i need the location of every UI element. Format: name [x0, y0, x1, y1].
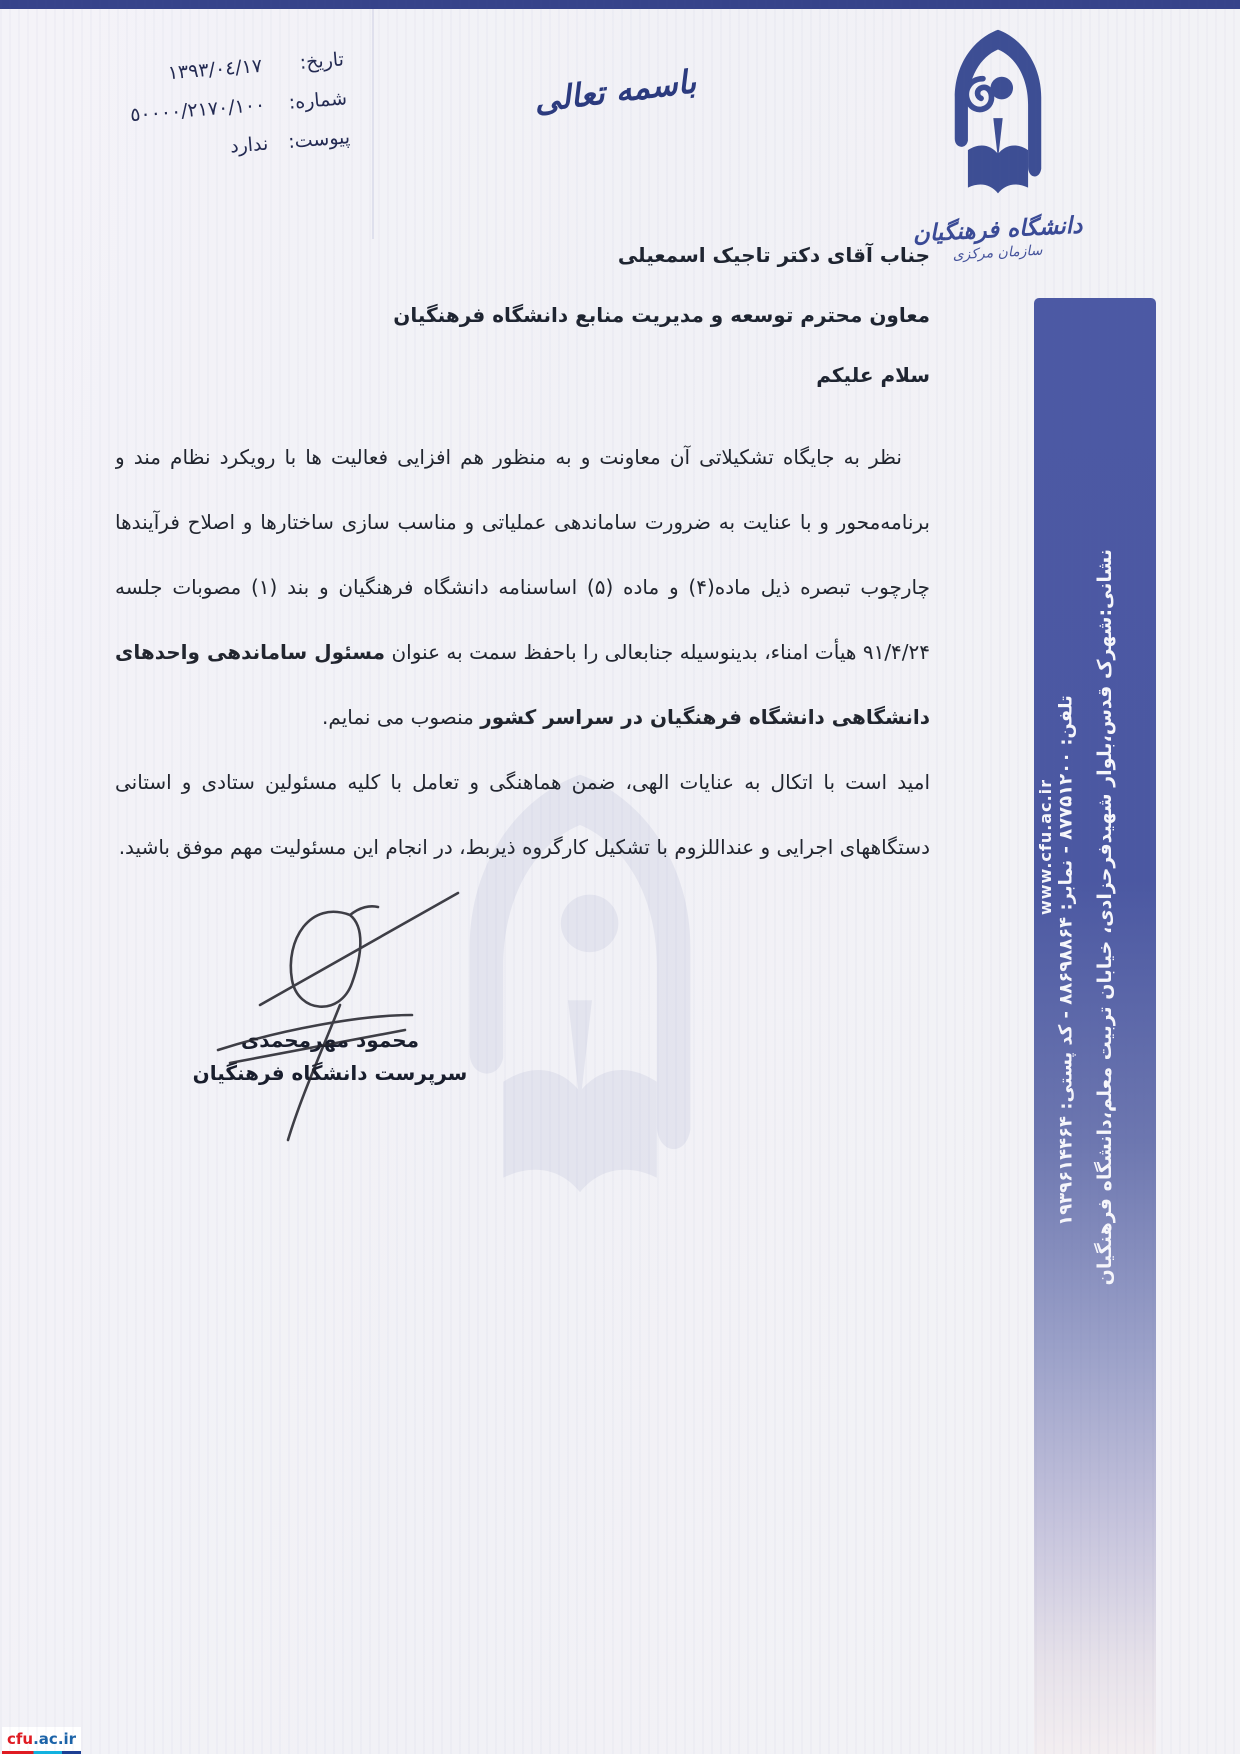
body-line: امید است با اتکال به عنایات الهی، ضمن هم…: [115, 750, 930, 815]
body-line: ۹۱/۴/۲۴ هیأت امناء، بدینوسیله جنابعالی ر…: [115, 620, 930, 685]
letter-meta-block: تاریخ: ١٣٩٣/٠٤/١٧ شماره: ٥٠٠٠٠/٢١٧٠/١٠٠ …: [44, 48, 352, 188]
body-line: دانشگاهی دانشگاه فرهنگیان در سراسر کشور …: [115, 685, 930, 750]
attachment-value: ندارد: [82, 133, 269, 170]
bismillah-calligraphy: باسمه تعالی: [504, 59, 727, 124]
side-band-website: www.cfu.ac.ir: [1036, 780, 1055, 915]
university-logo: دانشگاه فرهنگیان سازمان مرکزی: [895, 26, 1100, 261]
letter-body: نظر به جایگاه تشکیلاتی آن معاونت و به من…: [115, 425, 930, 880]
body-line: چارچوب تبصره ذیل ماده(۴) و ماده (۵) اساس…: [115, 555, 930, 620]
body-segment-bold: دانشگاهی دانشگاه فرهنگیان در سراسر کشور: [480, 705, 930, 729]
attachment-label: پیوست:: [267, 126, 350, 154]
body-segment-bold: مسئول ساماندهی واحدهای: [115, 640, 385, 664]
salutation: سلام علیکم: [115, 363, 930, 387]
addressee-title: معاون محترم توسعه و مدیریت منابع دانشگاه…: [115, 303, 930, 327]
scan-edge-strip: [0, 0, 1240, 9]
corner-logo-text: .ac.ir: [33, 1730, 76, 1748]
body-segment: منصوب می نمایم.: [322, 705, 480, 729]
paper-crease: [372, 9, 374, 239]
date-label: تاریخ:: [261, 48, 344, 76]
handwritten-signature-icon: [200, 845, 480, 1149]
number-value: ٥٠٠٠٠/٢١٧٠/١٠٠: [79, 94, 266, 131]
body-segment: ۹۱/۴/۲۴ هیأت امناء، بدینوسیله جنابعالی ر…: [385, 640, 930, 664]
date-row: تاریخ: ١٣٩٣/٠٤/١٧: [44, 48, 345, 93]
number-row: شماره: ٥٠٠٠٠/٢١٧٠/١٠٠: [47, 87, 348, 132]
addressee-block: جناب آقای دکتر تاجیک اسمعیلی معاون محترم…: [115, 243, 930, 423]
university-emblem-icon: [895, 26, 1100, 214]
date-value: ١٣٩٣/٠٤/١٧: [76, 55, 263, 92]
addressee-name: جناب آقای دکتر تاجیک اسمعیلی: [115, 243, 930, 267]
side-band-contact: تلفن: ۸۷۷۵۱۲۰۰ - نمابر: ۸۸۶۹۸۸۶۴ - کد پس…: [1056, 591, 1077, 1331]
body-line: نظر به جایگاه تشکیلاتی آن معاونت و به من…: [115, 425, 930, 490]
attachment-row: پیوست: ندارد: [50, 126, 351, 171]
side-band-address: نشانی:شهرک قدس،بلوار شهیدفرحزادی، خیابان…: [1094, 549, 1116, 1249]
body-line: برنامه‌محور و با عنایت به ضرورت ساماندهی…: [115, 490, 930, 555]
corner-logo-text: cfu: [7, 1730, 33, 1748]
number-label: شماره:: [264, 87, 347, 115]
cfu-corner-logo: cfu .ac.ir: [2, 1727, 81, 1754]
scanned-letter-page: تاریخ: ١٣٩٣/٠٤/١٧ شماره: ٥٠٠٠٠/٢١٧٠/١٠٠ …: [0, 0, 1240, 1754]
